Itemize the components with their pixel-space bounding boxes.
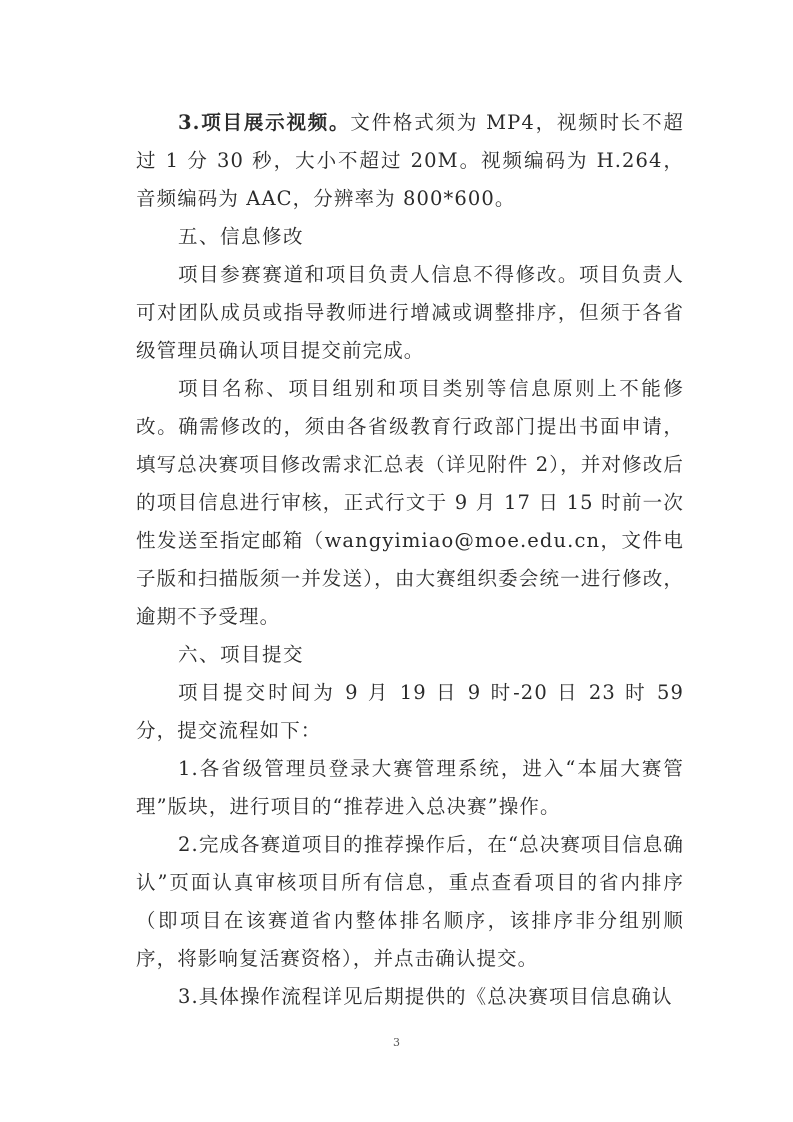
paragraph-video-requirements: 3.项目展示视频。文件格式须为 MP4，视频时长不超过 1 分 30 秒，大小不… — [136, 104, 684, 218]
section-heading-info-modification: 五、信息修改 — [136, 218, 684, 256]
paragraph-submission-time: 项目提交时间为 9 月 19 日 9 时-20 日 23 时 59 分，提交流程… — [136, 674, 684, 750]
paragraph-step-1: 1.各省级管理员登录大赛管理系统，进入“本届大赛管理”版块，进行项目的“推荐进入… — [136, 750, 684, 826]
paragraph-step-3: 3.具体操作流程详见后期提供的《总决赛项目信息确认 — [136, 978, 684, 1016]
document-body: 3.项目展示视频。文件格式须为 MP4，视频时长不超过 1 分 30 秒，大小不… — [136, 104, 684, 1016]
page-number: 3 — [0, 1036, 793, 1049]
paragraph-modification-rules: 项目参赛赛道和项目负责人信息不得修改。项目负责人可对团队成员或指导教师进行增减或… — [136, 256, 684, 370]
paragraph-step-2: 2.完成各赛道项目的推荐操作后，在“总决赛项目信息确认”页面认真审核项目所有信息… — [136, 826, 684, 978]
item-lead-video: 3.项目展示视频。 — [178, 111, 350, 134]
section-heading-project-submission: 六、项目提交 — [136, 636, 684, 674]
document-page: 3.项目展示视频。文件格式须为 MP4，视频时长不超过 1 分 30 秒，大小不… — [0, 0, 793, 1122]
paragraph-modification-request: 项目名称、项目组别和项目类别等信息原则上不能修改。确需修改的，须由各省级教育行政… — [136, 370, 684, 636]
